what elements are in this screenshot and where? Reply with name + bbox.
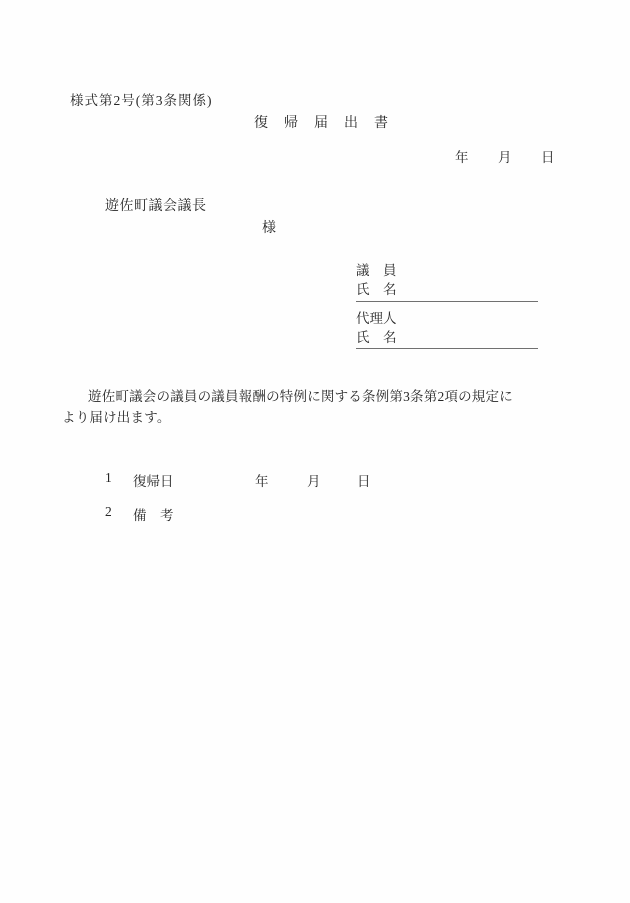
member-name-label: 氏 名: [356, 280, 538, 299]
day-label: 日: [541, 146, 555, 166]
year-label: 年: [455, 146, 469, 166]
item-restore-date-row: 1 復帰日 年 月 日: [0, 470, 630, 486]
month-label: 月: [498, 146, 512, 166]
item2-label: 備 考: [133, 504, 174, 524]
honorific-sama: 様: [262, 217, 276, 237]
item1-number: 1: [105, 470, 112, 486]
member-role-label: 議 員: [356, 261, 538, 280]
proxy-role-label: 代理人: [356, 309, 538, 328]
item1-month-label: 月: [307, 470, 321, 490]
document-page: 様式第2号(第3条関係) 復帰届出書 年 月 日 遊佐町議会議長 様 議 員 氏…: [0, 0, 630, 903]
document-title: 復帰届出書: [254, 112, 404, 132]
form-number: 様式第2号(第3条関係): [70, 89, 213, 109]
item1-day-label: 日: [357, 470, 371, 490]
body-text-line1: 遊佐町議会の議員の議員報酬の特例に関する条例第3条第2項の規定に: [88, 385, 513, 405]
member-signature-block: 議 員 氏 名: [356, 261, 538, 302]
body-text-line2: より届け出ます。: [62, 406, 171, 426]
item-remarks-row: 2 備 考: [0, 504, 630, 520]
proxy-signature-block: 代理人 氏 名: [356, 309, 538, 349]
item1-label: 復帰日: [133, 470, 174, 490]
item2-number: 2: [105, 504, 112, 520]
addressee: 遊佐町議会議長: [105, 195, 207, 215]
item1-year-label: 年: [255, 470, 269, 490]
proxy-name-label: 氏 名: [356, 328, 538, 347]
